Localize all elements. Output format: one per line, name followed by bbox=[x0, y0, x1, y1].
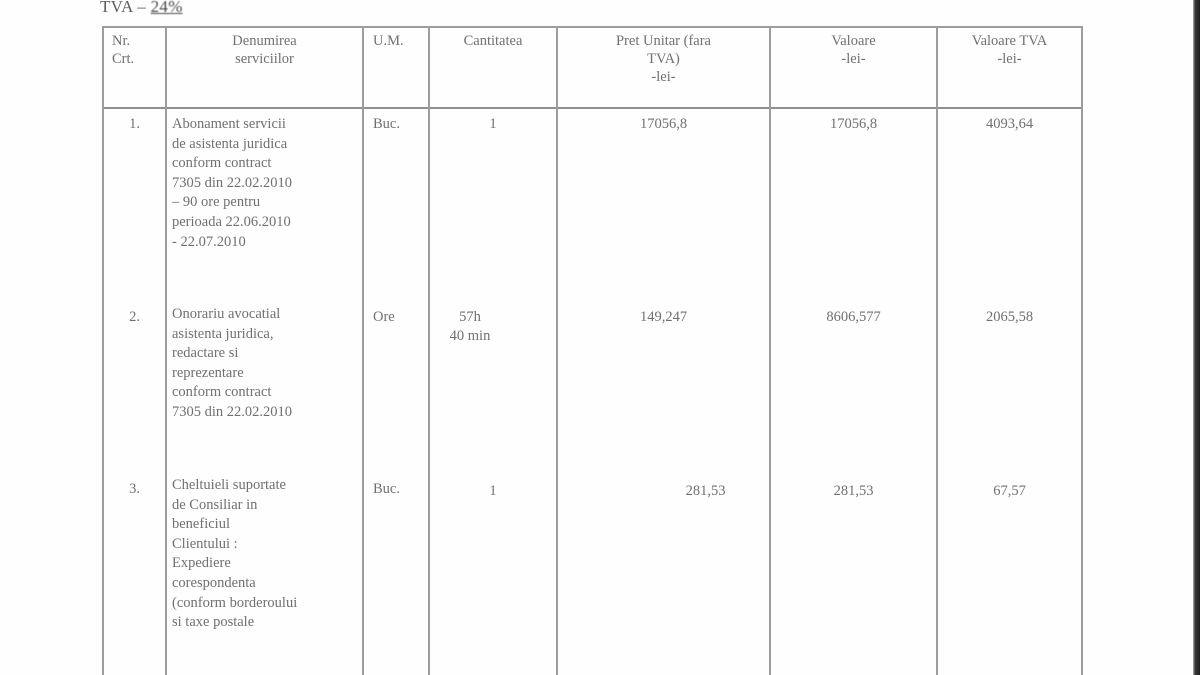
row-nr: 1. bbox=[104, 115, 165, 134]
row-quantity: 1 bbox=[430, 115, 556, 134]
header-vat-value: Valoare TVA -lei- bbox=[938, 32, 1081, 68]
row-vat-value: 67,57 bbox=[938, 482, 1081, 501]
vat-heading: TVA – 24% bbox=[100, 0, 183, 17]
row-service-description: Onorariu avocatial asistenta juridica, r… bbox=[172, 305, 362, 423]
row-vat-value: 4093,64 bbox=[938, 115, 1081, 134]
row-unit-measure: Buc. bbox=[373, 480, 428, 499]
row-quantity: 1 bbox=[430, 482, 556, 501]
row-unit-measure: Buc. bbox=[373, 115, 428, 134]
table-right-border bbox=[1081, 26, 1083, 675]
header-unit-price: Pret Unitar (fara TVA) -lei- bbox=[558, 32, 769, 86]
header-unit-measure: U.M. bbox=[373, 32, 428, 50]
row-unit-price: 17056,8 bbox=[558, 115, 769, 134]
row-vat-value: 2065,58 bbox=[938, 308, 1081, 327]
row-value: 8606,577 bbox=[771, 308, 936, 327]
row-quantity: 57h 40 min bbox=[430, 308, 510, 346]
scanned-page: TVA – 24% Nr. Crt. Denumirea serviciilor… bbox=[0, 0, 1193, 675]
row-service-description: Abonament servicii de asistenta juridica… bbox=[172, 115, 362, 252]
row-service-description: Cheltuieli suportate de Consiliar in ben… bbox=[172, 476, 362, 633]
vat-label: TVA – bbox=[100, 0, 151, 16]
row-nr: 3. bbox=[104, 480, 165, 499]
row-value: 17056,8 bbox=[771, 115, 936, 134]
scanner-edge-shadow bbox=[1193, 0, 1200, 675]
column-divider bbox=[362, 26, 364, 675]
header-service-name: Denumirea serviciilor bbox=[167, 32, 362, 68]
row-nr: 2. bbox=[104, 308, 165, 327]
column-divider bbox=[165, 26, 167, 675]
row-unit-price: 149,247 bbox=[558, 308, 769, 327]
row-value: 281,53 bbox=[771, 482, 936, 501]
row-unit-measure: Ore bbox=[373, 308, 428, 327]
vat-rate: 24% bbox=[151, 0, 183, 16]
header-quantity: Cantitatea bbox=[430, 32, 556, 50]
header-value: Valoare -lei- bbox=[771, 32, 936, 68]
header-nr-crt: Nr. Crt. bbox=[112, 32, 162, 68]
